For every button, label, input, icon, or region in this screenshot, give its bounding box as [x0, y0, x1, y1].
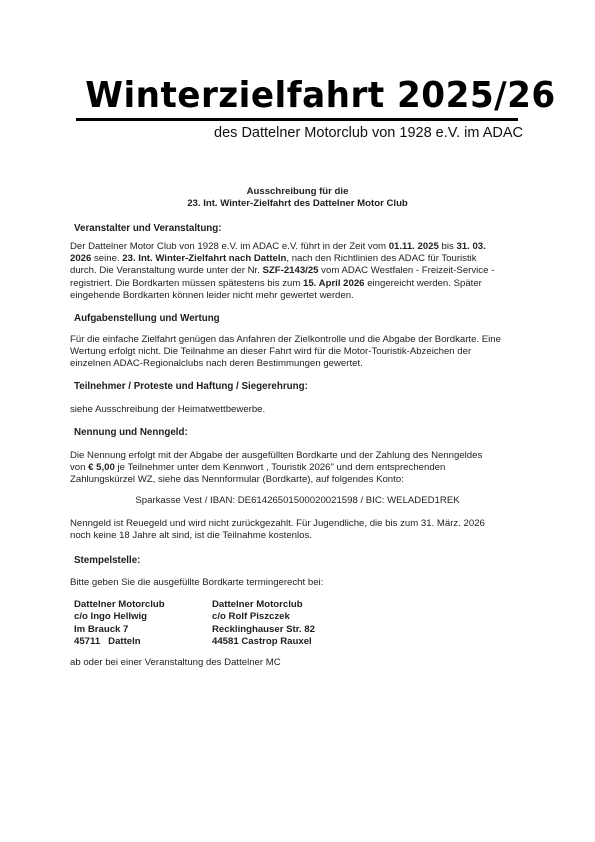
stamp-intro: Bitte geben Sie die ausgefüllte Bordkart…	[70, 577, 540, 589]
club-subtitle: des Dattelner Motorclub von 1928 e.V. im…	[214, 125, 523, 141]
address-1-line-2: c/o Ingo Hellwig	[74, 611, 165, 623]
heading-organizer: Veranstalter und Veranstaltung:	[74, 223, 222, 234]
organizer-paragraph: Der Dattelner Motor Club von 1928 e.V. i…	[70, 241, 540, 302]
address-2-line-3: Recklinghauser Str. 82	[212, 624, 315, 636]
heading-task: Aufgabenstellung und Wertung	[74, 313, 220, 324]
entry-line-1: Die Nennung erfolgt mit der Abgabe der a…	[70, 450, 540, 462]
entry-paragraph: Die Nennung erfolgt mit der Abgabe der a…	[70, 450, 540, 487]
task-line-2: Wertung erfolgt nicht. Die Teilnahme an …	[70, 346, 540, 358]
address-2-line-2: c/o Rolf Piszczek	[212, 611, 315, 623]
document-title: Winterzielfahrt 2025/26	[85, 76, 513, 116]
stamp-closing: ab oder bei einer Veranstaltung des Datt…	[70, 657, 540, 669]
entry-line-2: von € 5,00 je Teilnehmer unter dem Kennw…	[70, 462, 540, 474]
address-2-line-4: 44581 Castrop Rauxel	[212, 636, 315, 648]
participants-text: siehe Ausschreibung der Heimatwettbewerb…	[70, 404, 540, 416]
address-block-1: Dattelner Motorclub c/o Ingo Hellwig Im …	[74, 599, 165, 649]
heading-participants: Teilnehmer / Proteste und Haftung / Sieg…	[74, 381, 308, 392]
organizer-line-5: eingehende Bordkarten können leider nich…	[70, 290, 540, 302]
task-line-1: Für die einfache Zielfahrt genügen das A…	[70, 334, 540, 346]
entry-note-line-2: noch keine 18 Jahre alt sind, ist die Te…	[70, 530, 540, 542]
title-underline	[76, 118, 518, 121]
document-page: Winterzielfahrt 2025/26 des Dattelner Mo…	[0, 0, 595, 842]
entry-note: Nenngeld ist Reuegeld und wird nicht zur…	[70, 518, 540, 542]
task-line-3: einzelnen ADAC-Regionalclubs nach deren …	[70, 358, 540, 370]
organizer-line-3: durch. Die Veranstaltung wurde unter der…	[70, 265, 540, 277]
address-block-2: Dattelner Motorclub c/o Rolf Piszczek Re…	[212, 599, 315, 649]
address-1-line-3: Im Brauck 7	[74, 624, 165, 636]
organizer-line-1: Der Dattelner Motor Club von 1928 e.V. i…	[70, 241, 540, 253]
address-1-line-1: Dattelner Motorclub	[74, 599, 165, 611]
heading-entry: Nennung und Nenngeld:	[74, 427, 188, 438]
entry-line-3: Zahlungskürzel WZ, siehe das Nennformula…	[70, 474, 540, 486]
announcement-line-2: 23. Int. Winter-Zielfahrt des Dattelner …	[0, 198, 595, 209]
address-1-line-4: 45711 Datteln	[74, 636, 165, 648]
bank-details: Sparkasse Vest / IBAN: DE614265015000200…	[0, 495, 595, 506]
task-paragraph: Für die einfache Zielfahrt genügen das A…	[70, 334, 540, 371]
address-2-line-1: Dattelner Motorclub	[212, 599, 315, 611]
heading-stamp: Stempelstelle:	[74, 555, 140, 566]
organizer-line-2: 2026 seine. 23. Int. Winter-Zielfahrt na…	[70, 253, 540, 265]
announcement-line-1: Ausschreibung für die	[0, 186, 595, 197]
entry-note-line-1: Nenngeld ist Reuegeld und wird nicht zur…	[70, 518, 540, 530]
organizer-line-4: registriert. Die Bordkarten müssen späte…	[70, 278, 540, 290]
